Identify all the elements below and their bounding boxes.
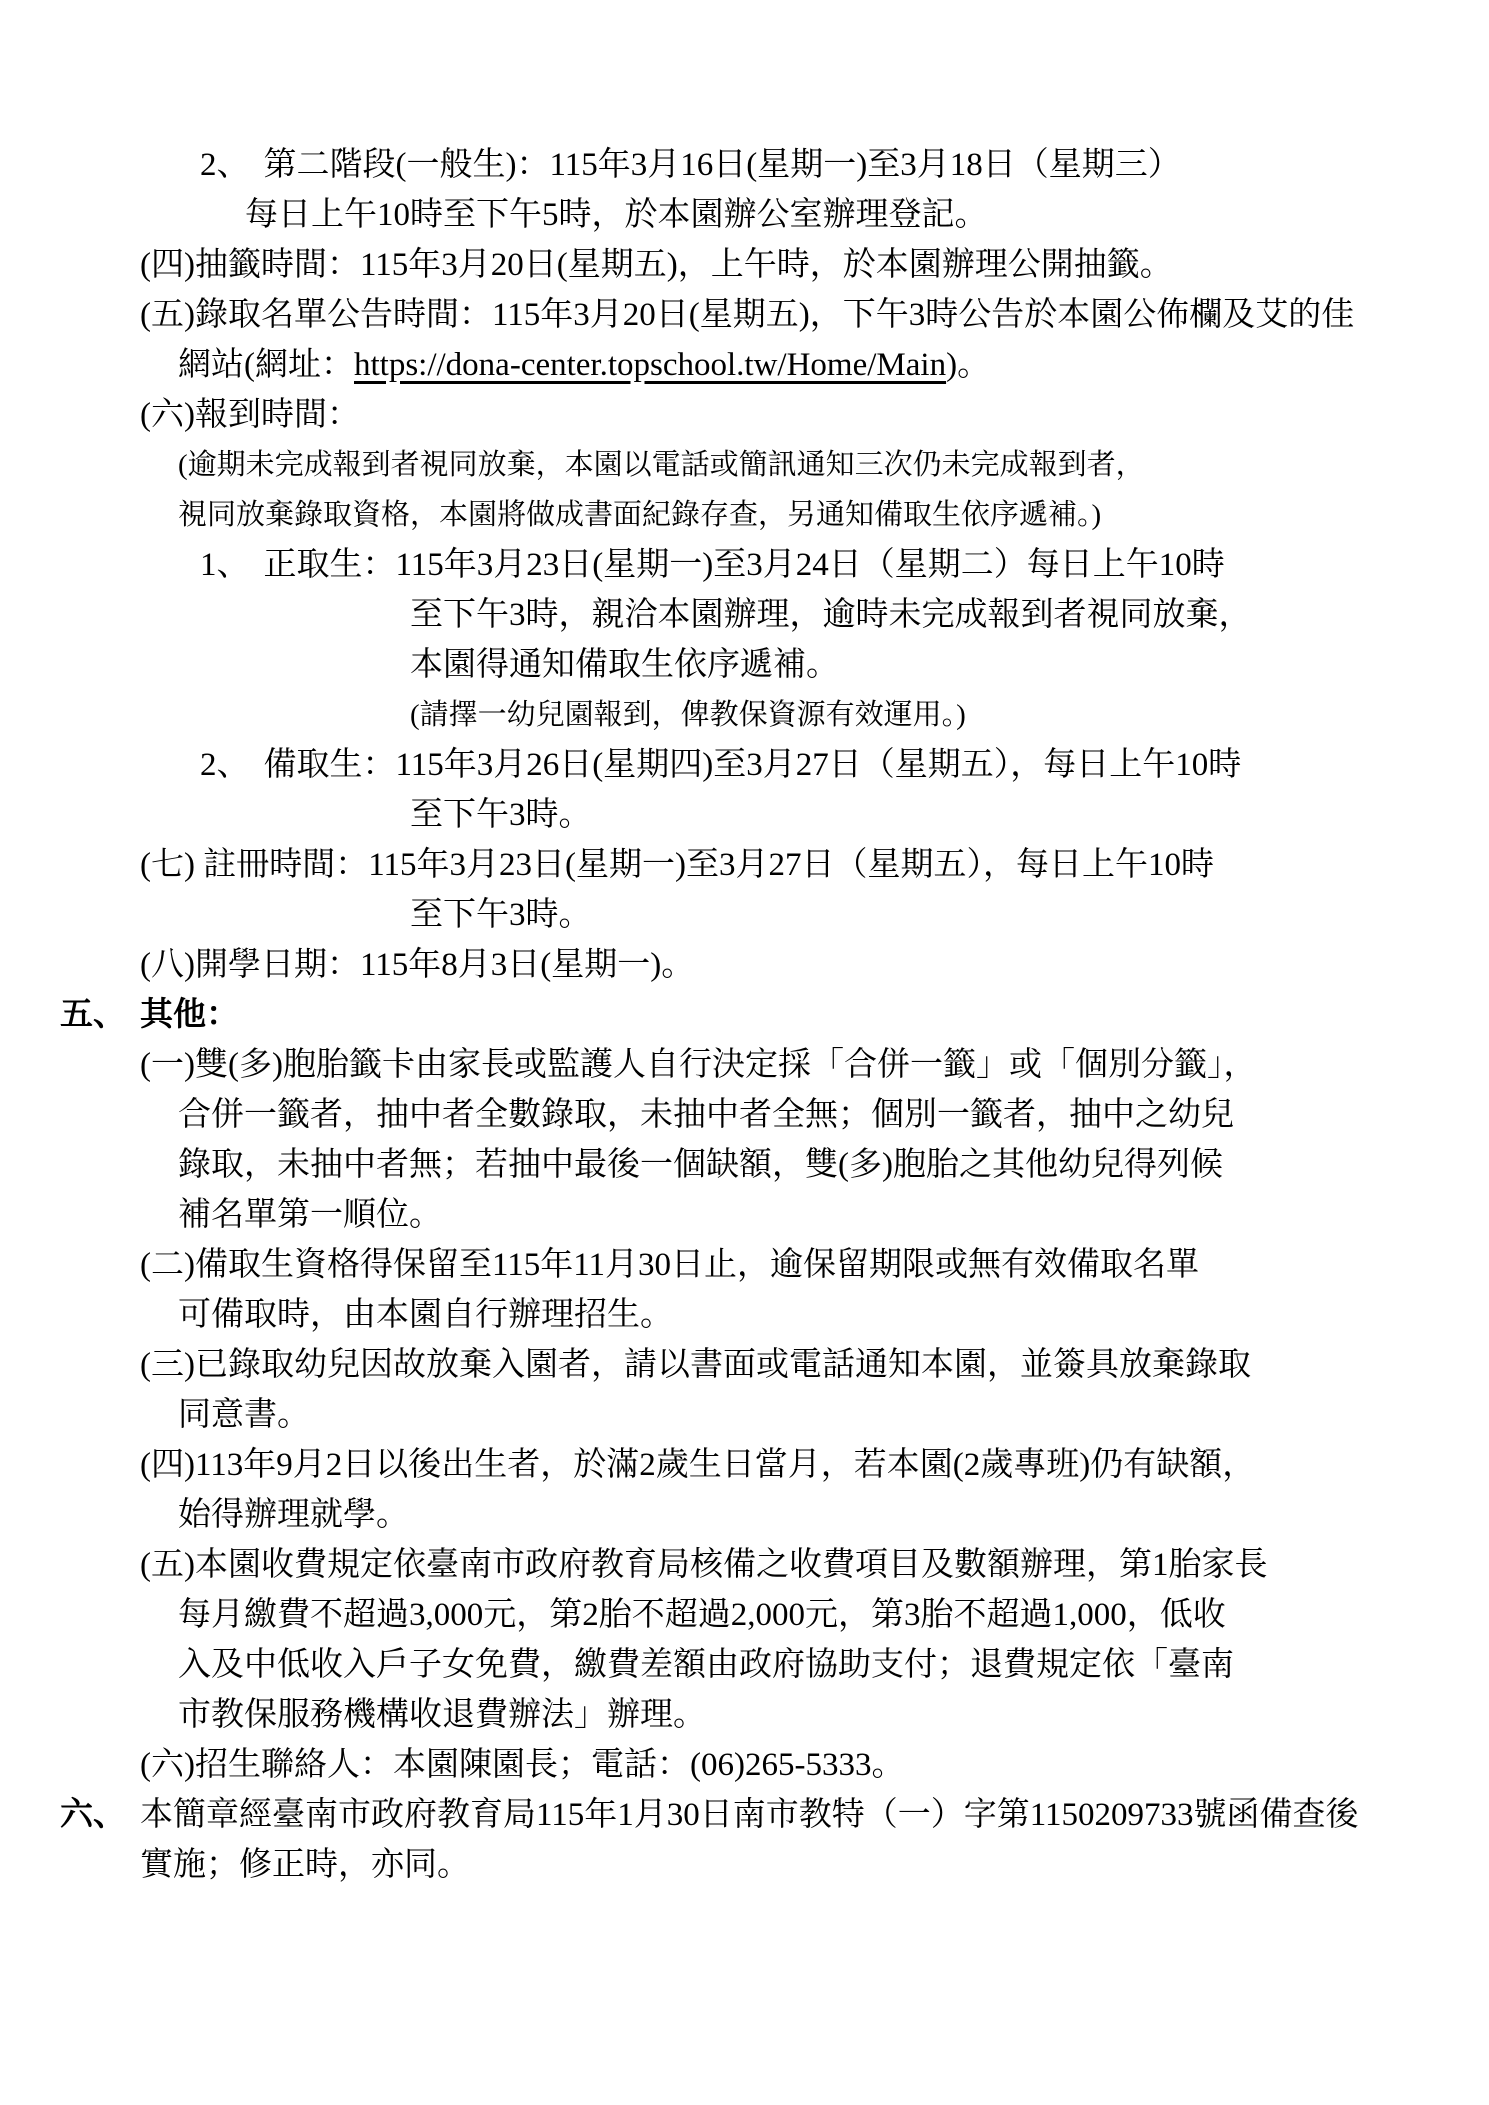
text-line: (請擇一幼兒園報到，俾教保資源有效運用。) — [410, 690, 1489, 740]
text-line: 實施；修正時，亦同。 — [140, 1840, 1489, 1890]
text-line: (逾期未完成報到者視同放棄，本園以電話或簡訊通知三次仍未完成報到者， — [178, 440, 1489, 490]
text-line: 可備取時，由本園自行辦理招生。 — [178, 1290, 1489, 1340]
text-line-content: 備取生：115年3月26日(星期四)至3月27日（星期五），每日上午10時 — [264, 747, 1242, 783]
text-line: 錄取，未抽中者無；若抽中最後一個缺額，雙(多)胞胎之其他幼兒得列候 — [178, 1140, 1489, 1190]
text-line: (一)雙(多)胞胎籤卡由家長或監護人自行決定採「合併一籤」或「個別分籤」， — [140, 1040, 1489, 1090]
text-line: 至下午3時，親洽本園辦理，逾時未完成報到者視同放棄， — [410, 590, 1489, 640]
section-number: 六、 — [60, 1797, 126, 1833]
text-line: 每月繳費不超過3,000元，第2胎不超過2,000元，第3胎不超過1,000，低… — [178, 1590, 1489, 1640]
text-line: (八)開學日期：115年8月3日(星期一)。 — [140, 940, 1489, 990]
text-line: (六)招生聯絡人：本園陳園長；電話：(06)265-5333。 — [140, 1740, 1489, 1790]
text-line: 市教保服務機構收退費辦法」辦理。 — [178, 1690, 1489, 1740]
text-line: 本園得通知備取生依序遞補。 — [410, 640, 1489, 690]
section-heading: 五、其他： — [60, 990, 1489, 1040]
text-line: 合併一籤者，抽中者全數錄取，未抽中者全無；個別一籤者，抽中之幼兒 — [178, 1090, 1489, 1140]
text-line: (四)113年9月2日以後出生者，於滿2歲生日當月，若本園(2歲專班)仍有缺額， — [140, 1440, 1489, 1490]
website-link[interactable]: https://dona-center.topschool.tw/Home/Ma… — [354, 347, 946, 383]
text-line: 入及中低收入戶子女免費，繳費差額由政府協助支付；退費規定依「臺南 — [178, 1640, 1489, 1690]
text-line: 網站(網址：https://dona-center.topschool.tw/H… — [178, 340, 1489, 390]
text-line: 始得辦理就學。 — [178, 1490, 1489, 1540]
section-heading: 六、本簡章經臺南市政府教育局115年1月30日南市教特（一）字第11502097… — [60, 1790, 1489, 1840]
admission-notice-page: 2、第二階段(一般生)：115年3月16日(星期一)至3月18日（星期三） 每日… — [0, 0, 1489, 2105]
text-line: 至下午3時。 — [410, 790, 1489, 840]
text-line: 視同放棄錄取資格，本園將做成書面紀錄存查，另通知備取生依序遞補。) — [178, 490, 1489, 540]
text-line: (七) 註冊時間：115年3月23日(星期一)至3月27日（星期五），每日上午1… — [140, 840, 1489, 890]
text-line: (五)錄取名單公告時間：115年3月20日(星期五)，下午3時公告於本園公佈欄及… — [140, 290, 1489, 340]
text-line: (五)本園收費規定依臺南市政府教育局核備之收費項目及數額辦理，第1胎家長 — [140, 1540, 1489, 1590]
text-line-content: 第二階段(一般生)：115年3月16日(星期一)至3月18日（星期三） — [264, 147, 1181, 183]
text-line: (四)抽籤時間：115年3月20日(星期五)，上午時，於本園辦理公開抽籤。 — [140, 240, 1489, 290]
section-number: 五、 — [60, 997, 126, 1033]
list-item-marker: 2、 — [200, 147, 250, 183]
text-line: (二)備取生資格得保留至115年11月30日止，逾保留期限或無有效備取名單 — [140, 1240, 1489, 1290]
text-line: 2、備取生：115年3月26日(星期四)至3月27日（星期五），每日上午10時 — [200, 740, 1489, 790]
text-line: 1、正取生：115年3月23日(星期一)至3月24日（星期二）每日上午10時 — [200, 540, 1489, 590]
text-line: 2、第二階段(一般生)：115年3月16日(星期一)至3月18日（星期三） — [200, 140, 1489, 190]
text-line: (六)報到時間： — [140, 390, 1489, 440]
list-item-marker: 2、 — [200, 747, 250, 783]
section-title: 其他： — [140, 997, 239, 1033]
text-line: 補名單第一順位。 — [178, 1190, 1489, 1240]
text-line: (三)已錄取幼兒因故放棄入園者，請以書面或電話通知本園，並簽具放棄錄取 — [140, 1340, 1489, 1390]
text-line: 每日上午10時至下午5時，於本園辦公室辦理登記。 — [245, 190, 1489, 240]
url-prefix: 網站(網址： — [178, 347, 354, 383]
url-suffix: )。 — [946, 347, 990, 383]
text-line: 同意書。 — [178, 1390, 1489, 1440]
text-line-content: 正取生：115年3月23日(星期一)至3月24日（星期二）每日上午10時 — [264, 547, 1225, 583]
text-line-content: 本簡章經臺南市政府教育局115年1月30日南市教特（一）字第1150209733… — [140, 1797, 1359, 1833]
list-item-marker: 1、 — [200, 547, 250, 583]
text-line: 至下午3時。 — [410, 890, 1489, 940]
